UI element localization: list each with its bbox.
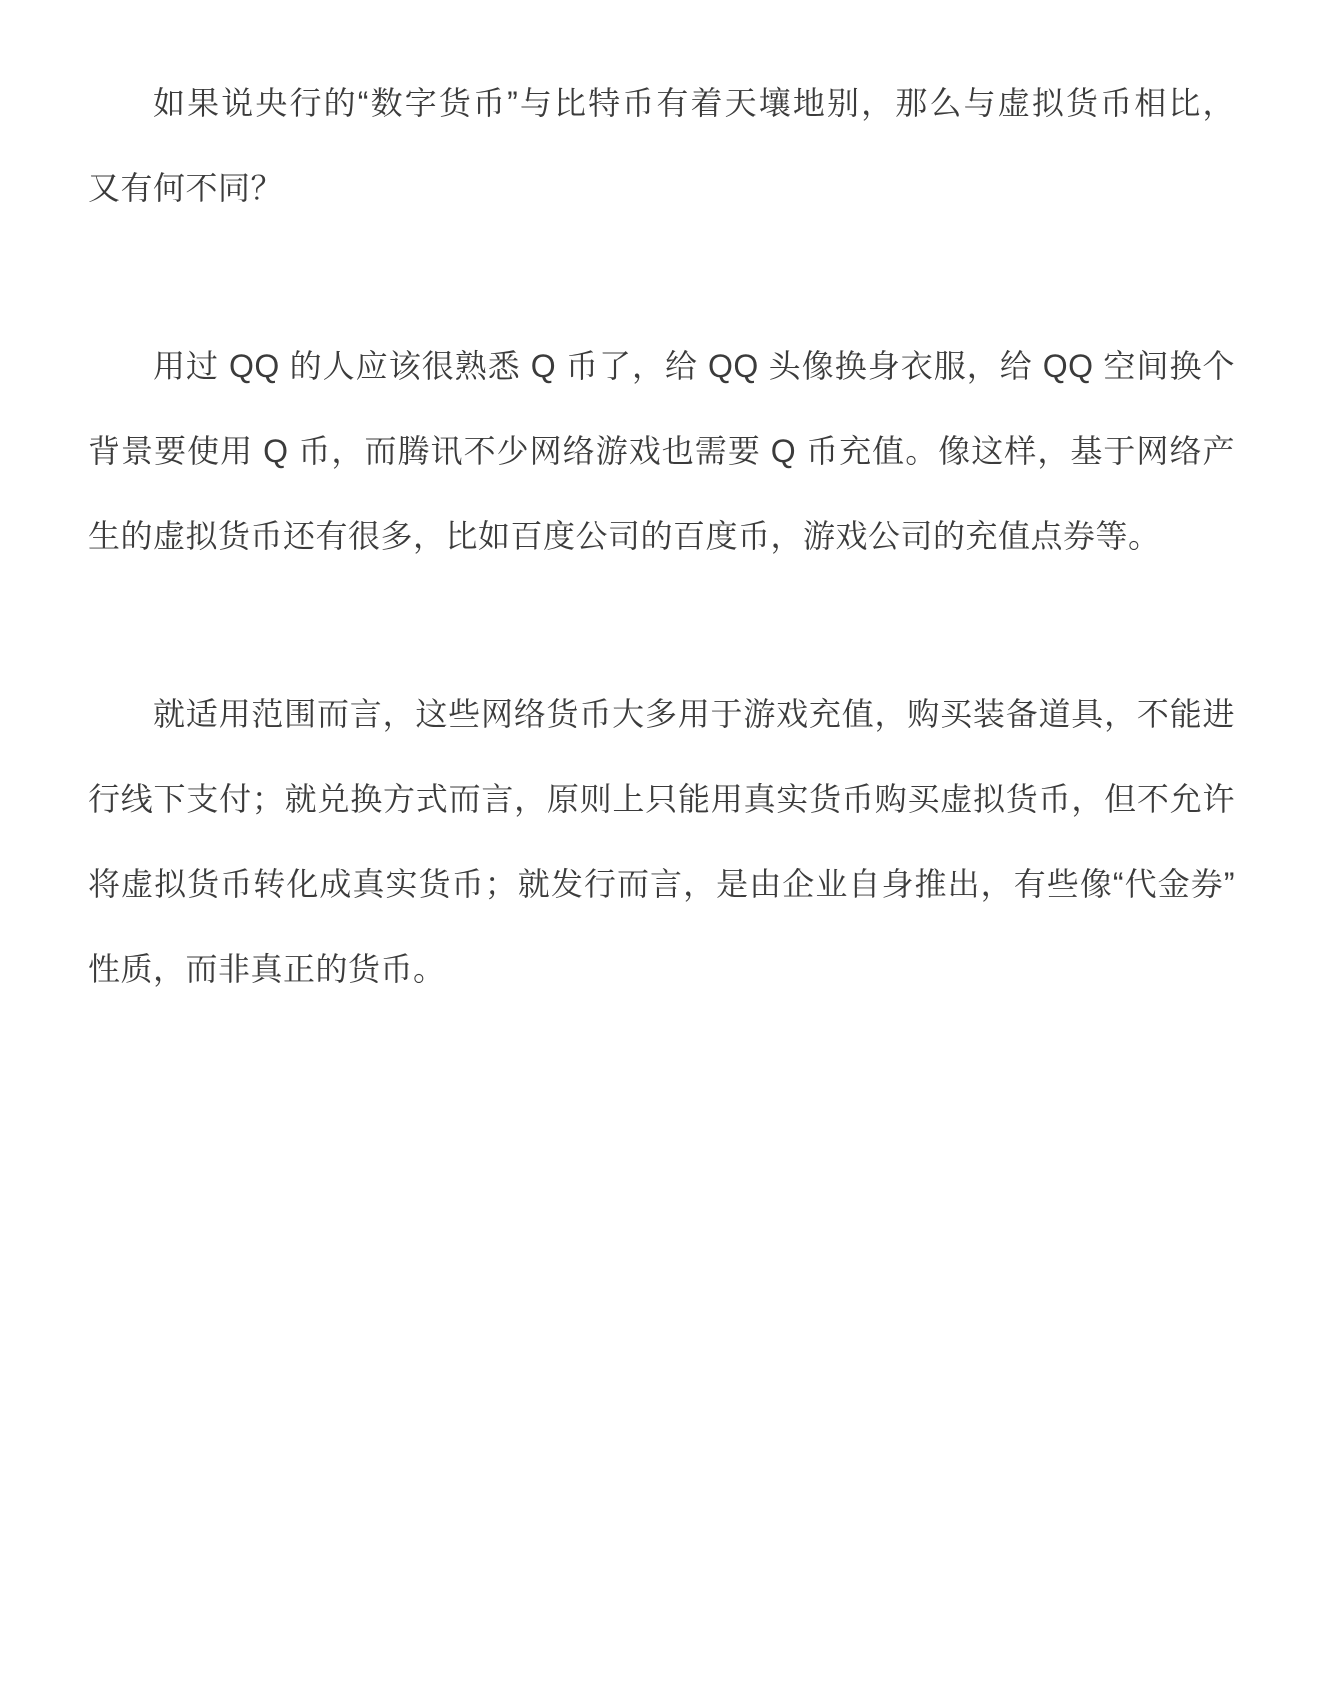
text-line: 生的虚拟货币还有很多，比如百度公司的百度币，游戏公司的充值点券等。 <box>88 494 1235 579</box>
paragraph: 就适用范围而言，这些网络货币大多用于游戏充值，购买装备道具，不能进行线下支付；就… <box>88 672 1235 1012</box>
text-line: 就适用范围而言，这些网络货币大多用于游戏充值，购买装备道具，不能进 <box>88 672 1235 757</box>
paragraph: 如果说央行的“数字货币”与比特币有着天壤地别，那么与虚拟货币相比，又有何不同？ <box>88 61 1235 231</box>
text-line: 将虚拟货币转化成真实货币；就发行而言，是由企业自身推出，有些像“代金券” <box>88 842 1235 927</box>
text-line: 又有何不同？ <box>88 146 1235 231</box>
text-line: 用过 QQ 的人应该很熟悉 Q 币了，给 QQ 头像换身衣服，给 QQ 空间换个 <box>88 324 1235 409</box>
document-page: 如果说央行的“数字货币”与比特币有着天壤地别，那么与虚拟货币相比，又有何不同？用… <box>0 0 1323 1682</box>
text-line: 行线下支付；就兑换方式而言，原则上只能用真实货币购买虚拟货币，但不允许 <box>88 757 1235 842</box>
text-line: 背景要使用 Q 币，而腾讯不少网络游戏也需要 Q 币充值。像这样，基于网络产 <box>88 409 1235 494</box>
text-line: 性质，而非真正的货币。 <box>88 927 1235 1012</box>
paragraph: 用过 QQ 的人应该很熟悉 Q 币了，给 QQ 头像换身衣服，给 QQ 空间换个… <box>88 324 1235 579</box>
document-content: 如果说央行的“数字货币”与比特币有着天壤地别，那么与虚拟货币相比，又有何不同？用… <box>88 61 1235 1012</box>
text-line: 如果说央行的“数字货币”与比特币有着天壤地别，那么与虚拟货币相比， <box>88 61 1235 146</box>
